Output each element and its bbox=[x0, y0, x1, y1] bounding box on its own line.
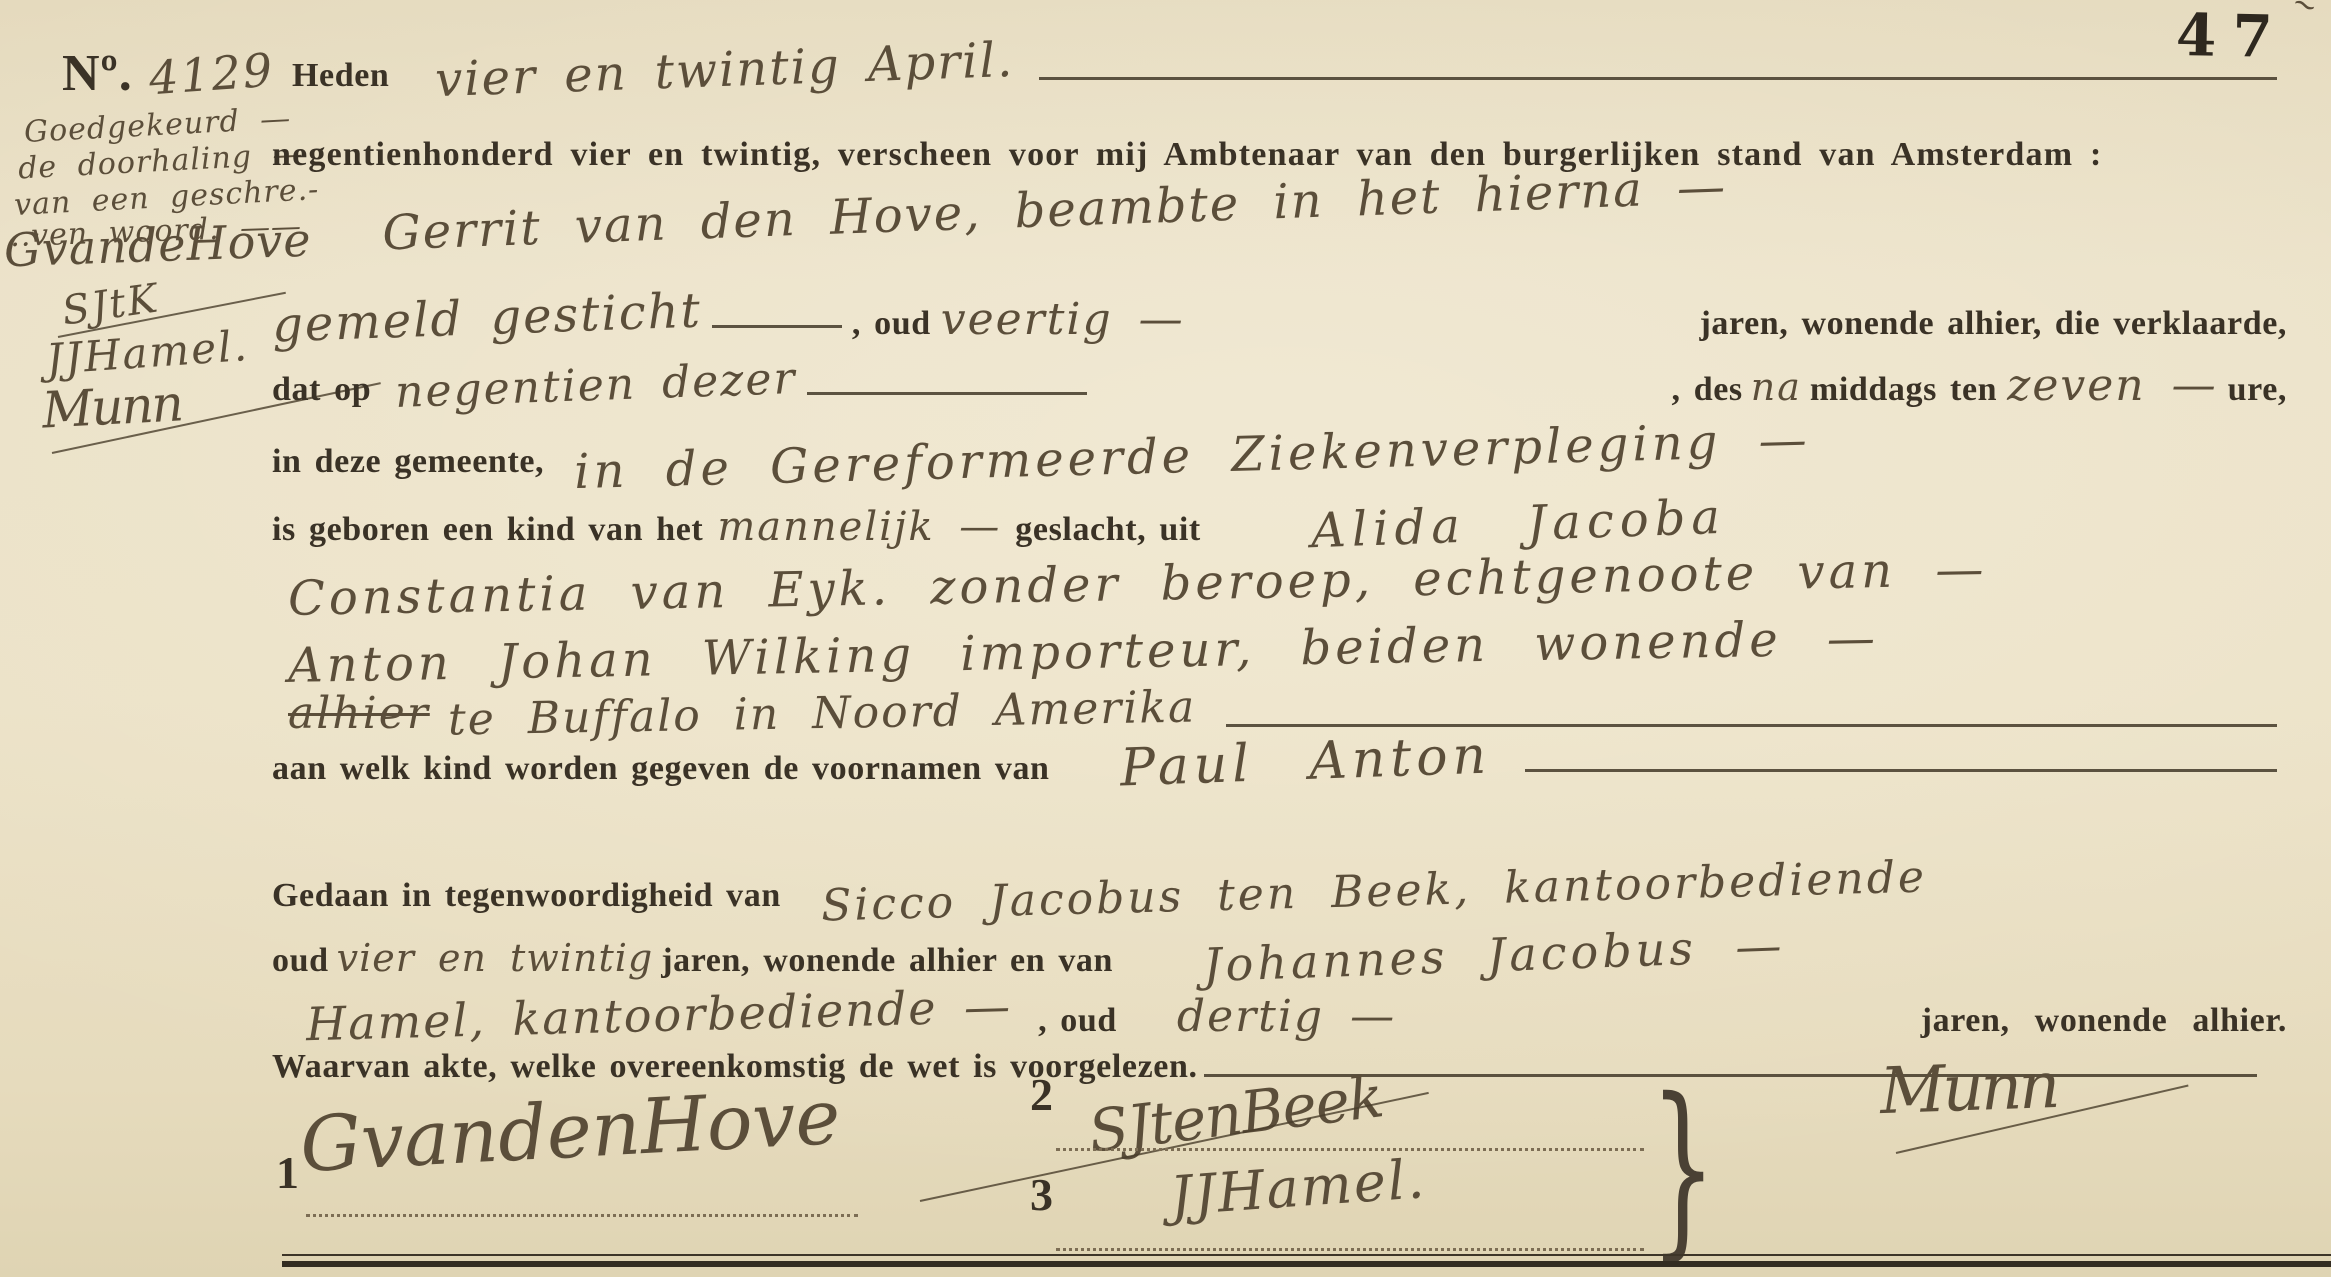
handwritten-date: vier en twintig April. bbox=[435, 32, 1016, 108]
printed-des: , des bbox=[1672, 371, 1743, 409]
signature-number-2: 2 bbox=[1030, 1068, 1054, 1121]
printed-heden: Heden bbox=[292, 57, 389, 95]
bottom-rule-thin bbox=[282, 1254, 2331, 1256]
witness-line-1: Gedaan in tegenwoordigheid van Sicco Jac… bbox=[272, 866, 2287, 917]
handwritten-gesticht: gemeld gesticht bbox=[271, 283, 703, 354]
printed-ure: ure, bbox=[2228, 371, 2287, 409]
signature-dotted-line-2 bbox=[1056, 1148, 1644, 1151]
printed-gedaan: Gedaan in tegenwoordigheid van bbox=[272, 877, 781, 915]
act-line-year: negentienhonderd vier en twintig, versch… bbox=[272, 136, 2287, 174]
printed-geslacht-uit: geslacht, uit bbox=[1015, 511, 1201, 549]
printed-gemeente: in deze gemeente, bbox=[272, 443, 544, 481]
printed-geboren: is geboren een kind van het bbox=[272, 511, 703, 549]
signature-number-3: 3 bbox=[1030, 1168, 1054, 1221]
printed-year-line: negentienhonderd vier en twintig, versch… bbox=[272, 136, 2102, 174]
handwritten-witness2-age: dertig — bbox=[1177, 991, 1396, 1042]
margin-signature-declarant: GvandeHove bbox=[3, 213, 312, 278]
bottom-rule-thick bbox=[282, 1261, 2331, 1267]
signature-brace: } bbox=[1650, 1058, 1716, 1277]
signature-dotted-line-3 bbox=[1056, 1248, 1644, 1251]
handwritten-gender: mannelijk — bbox=[717, 504, 1001, 550]
dash-rule bbox=[712, 325, 842, 328]
printed-oud: , oud bbox=[852, 305, 931, 343]
signature-declarant: GvandenHove bbox=[298, 1072, 842, 1189]
fill-rule bbox=[807, 392, 1087, 395]
act-line-location: in deze gemeente, in de Gereformeerde Zi… bbox=[272, 428, 2287, 484]
signature-registrar: Munn bbox=[1879, 1049, 2059, 1129]
handwritten-hour: zeven — bbox=[2007, 360, 2217, 411]
signature-witness2: JJHamel. bbox=[1168, 1147, 1428, 1228]
printed-jaren-wonende: jaren, wonende alhier, die verklaarde, bbox=[1700, 305, 2288, 343]
printed-oud-w2: , oud bbox=[1038, 1002, 1117, 1040]
printed-jaren-w1: jaren, wonende alhier en van bbox=[661, 942, 1113, 980]
act-number-row: Nº. 4129 bbox=[62, 44, 274, 103]
act-line-father: Anton Johan Wilking importeur, beiden wo… bbox=[272, 624, 2287, 680]
handwritten-child-names: Paul Anton bbox=[1119, 726, 1492, 799]
handwritten-birth-day: negentien dezer bbox=[394, 353, 797, 418]
printed-jaren-w2: jaren, wonende alhier. bbox=[1921, 1002, 2287, 1040]
fill-rule bbox=[1226, 724, 2277, 727]
fill-rule bbox=[1039, 77, 2277, 80]
printed-oud-w1: oud bbox=[272, 942, 329, 980]
handwritten-witness1-age: vier en twintig bbox=[337, 936, 654, 980]
witness-line-3: Hamel, kantoorbediende — , oud dertig — … bbox=[272, 988, 2287, 1042]
act-line-mother: Constantia van Eyk. zonder beroep, echtg… bbox=[272, 556, 2287, 612]
corner-ink-mark: ~ bbox=[2286, 0, 2325, 27]
signature-number-1: 1 bbox=[276, 1146, 300, 1199]
signature-dotted-line-1 bbox=[306, 1214, 858, 1217]
act-line-declarant: Gerrit van den Hove, beambte in het hier… bbox=[272, 182, 2287, 238]
handwritten-witness2-firstnames: Johannes Jacobus — bbox=[1202, 918, 1786, 992]
witness-line-2: oud vier en twintig jaren, wonende alhie… bbox=[272, 928, 2287, 982]
fill-rule bbox=[1525, 769, 2277, 772]
handwritten-witness2-surname: Hamel, kantoorbediende — bbox=[305, 979, 1012, 1051]
act-line-date: Heden vier en twintig April. bbox=[272, 42, 2287, 98]
handwritten-location: in de Gereformeerde Ziekenverpleging — bbox=[574, 412, 1812, 500]
handwritten-age: veertig — bbox=[941, 294, 1185, 345]
printed-voornamen: aan welk kind worden gegeven de voorname… bbox=[272, 750, 1050, 788]
act-line-birthday: dat op negentien dezer , des na middags … bbox=[272, 360, 2287, 411]
birth-certificate-page: 47 ~ Nº. 4129 Goedgekeurd — de doorhalin… bbox=[0, 0, 2331, 1277]
act-number-label: Nº. bbox=[62, 44, 133, 103]
act-number-value: 4129 bbox=[147, 43, 276, 106]
printed-middags-ten: middags ten bbox=[1810, 371, 1997, 409]
handwritten-daypart: na bbox=[1751, 365, 1802, 409]
printed-dat-op: dat op bbox=[272, 371, 371, 409]
act-line-childnames: aan welk kind worden gegeven de voorname… bbox=[272, 732, 2287, 792]
act-line-age: gemeld gesticht , oud veertig — jaren, w… bbox=[272, 290, 2287, 346]
